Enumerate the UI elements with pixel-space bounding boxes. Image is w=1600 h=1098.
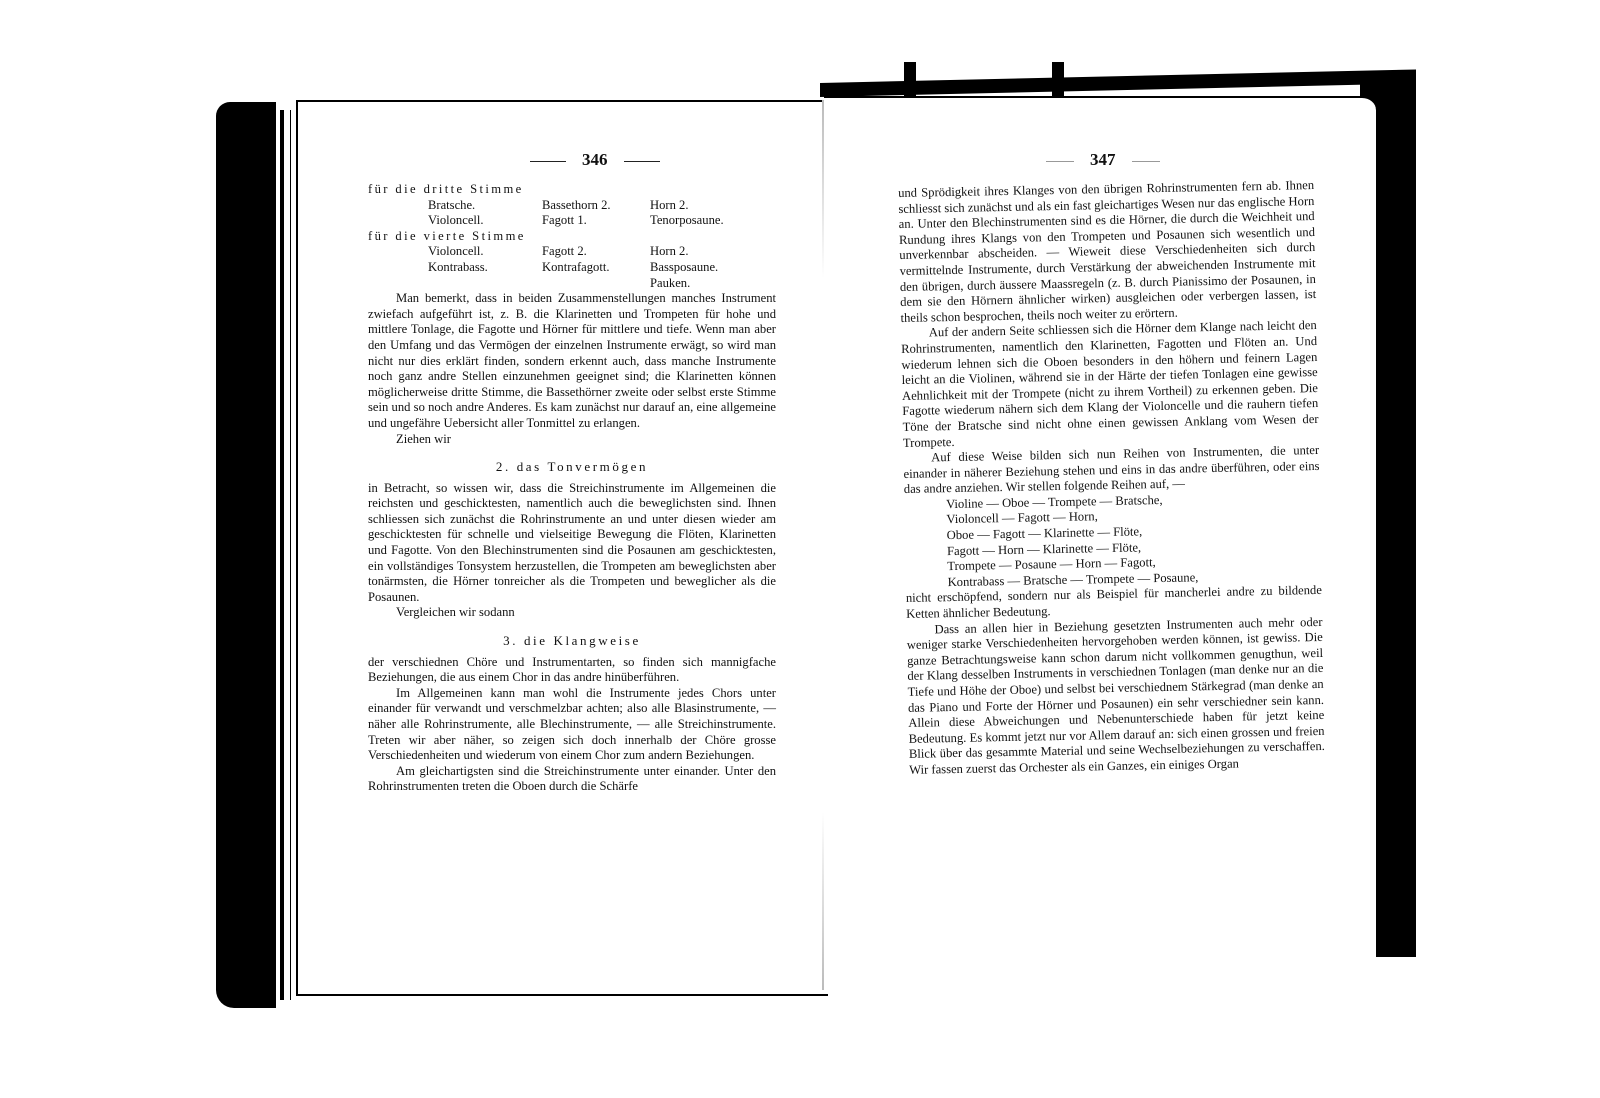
paragraph: Auf der andern Seite schliessen sich die… xyxy=(901,318,1319,451)
paragraph: Man bemerkt, dass in beiden Zusammenstel… xyxy=(368,291,776,431)
paragraph: Dass an allen hier in Beziehung gesetzte… xyxy=(906,615,1325,779)
paragraph: Ziehen wir xyxy=(368,432,776,448)
paragraph: und Sprödigkeit ihres Klanges von den üb… xyxy=(898,178,1317,326)
voice-group-label: für die vierte Stimme xyxy=(368,229,760,245)
left-page-header: 346 xyxy=(514,150,676,170)
table-row: Violoncell. Fagott 2. Horn 2. xyxy=(368,244,760,260)
paragraph: Am gleichartigsten sind die Streichinstr… xyxy=(368,764,776,795)
left-page-body: für die dritte Stimme Bratsche. Bassetho… xyxy=(368,182,776,795)
table-cell: Violoncell. xyxy=(428,244,542,260)
paragraph: Auf diese Weise bilden sich nun Reihen v… xyxy=(903,443,1320,498)
table-cell: Bassethorn 2. xyxy=(542,198,650,214)
paragraph: Vergleichen wir sodann xyxy=(368,605,776,621)
page-edge-line xyxy=(270,110,272,1000)
table-cell: Fagott 1. xyxy=(542,213,650,229)
right-page-body: und Sprödigkeit ihres Klanges von den üb… xyxy=(898,178,1325,778)
table-cell xyxy=(542,276,650,292)
table-cell: Violoncell. xyxy=(428,213,542,229)
table-cell: Kontrafagott. xyxy=(542,260,650,276)
table-cell xyxy=(428,276,542,292)
folio-rule xyxy=(1046,161,1074,162)
table-row: Kontrabass. Kontrafagott. Bassposaune. xyxy=(368,260,760,276)
voice-distribution-table: für die dritte Stimme Bratsche. Bassetho… xyxy=(368,182,760,291)
bookmark-tab xyxy=(904,62,916,98)
bookmark-tab xyxy=(1052,62,1064,98)
paragraph: in Betracht, so wissen wir, dass die Str… xyxy=(368,481,776,606)
section-heading-klangweise: 3. die Klangweise xyxy=(368,633,776,649)
table-group-label-row: für die dritte Stimme xyxy=(368,182,760,198)
table-cell: Bassposaune. xyxy=(650,260,760,276)
table-row: Bratsche. Bassethorn 2. Horn 2. xyxy=(368,198,760,214)
instrument-series-list: Violine — Oboe — Trompete — Bratsche, Vi… xyxy=(904,490,1322,592)
page-edge-line xyxy=(280,110,284,1000)
folio-rule xyxy=(530,161,566,162)
table-cell: Kontrabass. xyxy=(428,260,542,276)
table-row: Violoncell. Fagott 1. Tenorposaune. xyxy=(368,213,760,229)
folio-rule xyxy=(624,161,660,162)
page-number: 347 xyxy=(1090,150,1116,169)
section-heading-tonvermoegen: 2. das Tonvermögen xyxy=(368,459,776,475)
paragraph: der verschiednen Chöre und Instrumentart… xyxy=(368,655,776,686)
page-edge-line xyxy=(290,110,291,1000)
page-number: 346 xyxy=(582,150,608,169)
table-cell: Horn 2. xyxy=(650,244,760,260)
table-cell: Tenorposaune. xyxy=(650,213,760,229)
table-cell: Bratsche. xyxy=(428,198,542,214)
book-cover-left-edge xyxy=(216,102,276,1008)
paragraph: Im Allgemeinen kann man wohl die Instrum… xyxy=(368,686,776,764)
table-cell: Fagott 2. xyxy=(542,244,650,260)
folio-rule xyxy=(1132,161,1160,162)
voice-group-label: für die dritte Stimme xyxy=(368,182,760,198)
table-cell: Pauken. xyxy=(650,276,760,292)
table-cell: Horn 2. xyxy=(650,198,760,214)
table-group-label-row: für die vierte Stimme xyxy=(368,229,760,245)
page-edge-line xyxy=(262,110,265,1000)
table-row: Pauken. xyxy=(368,276,760,292)
right-page-header: 347 xyxy=(1030,150,1176,170)
